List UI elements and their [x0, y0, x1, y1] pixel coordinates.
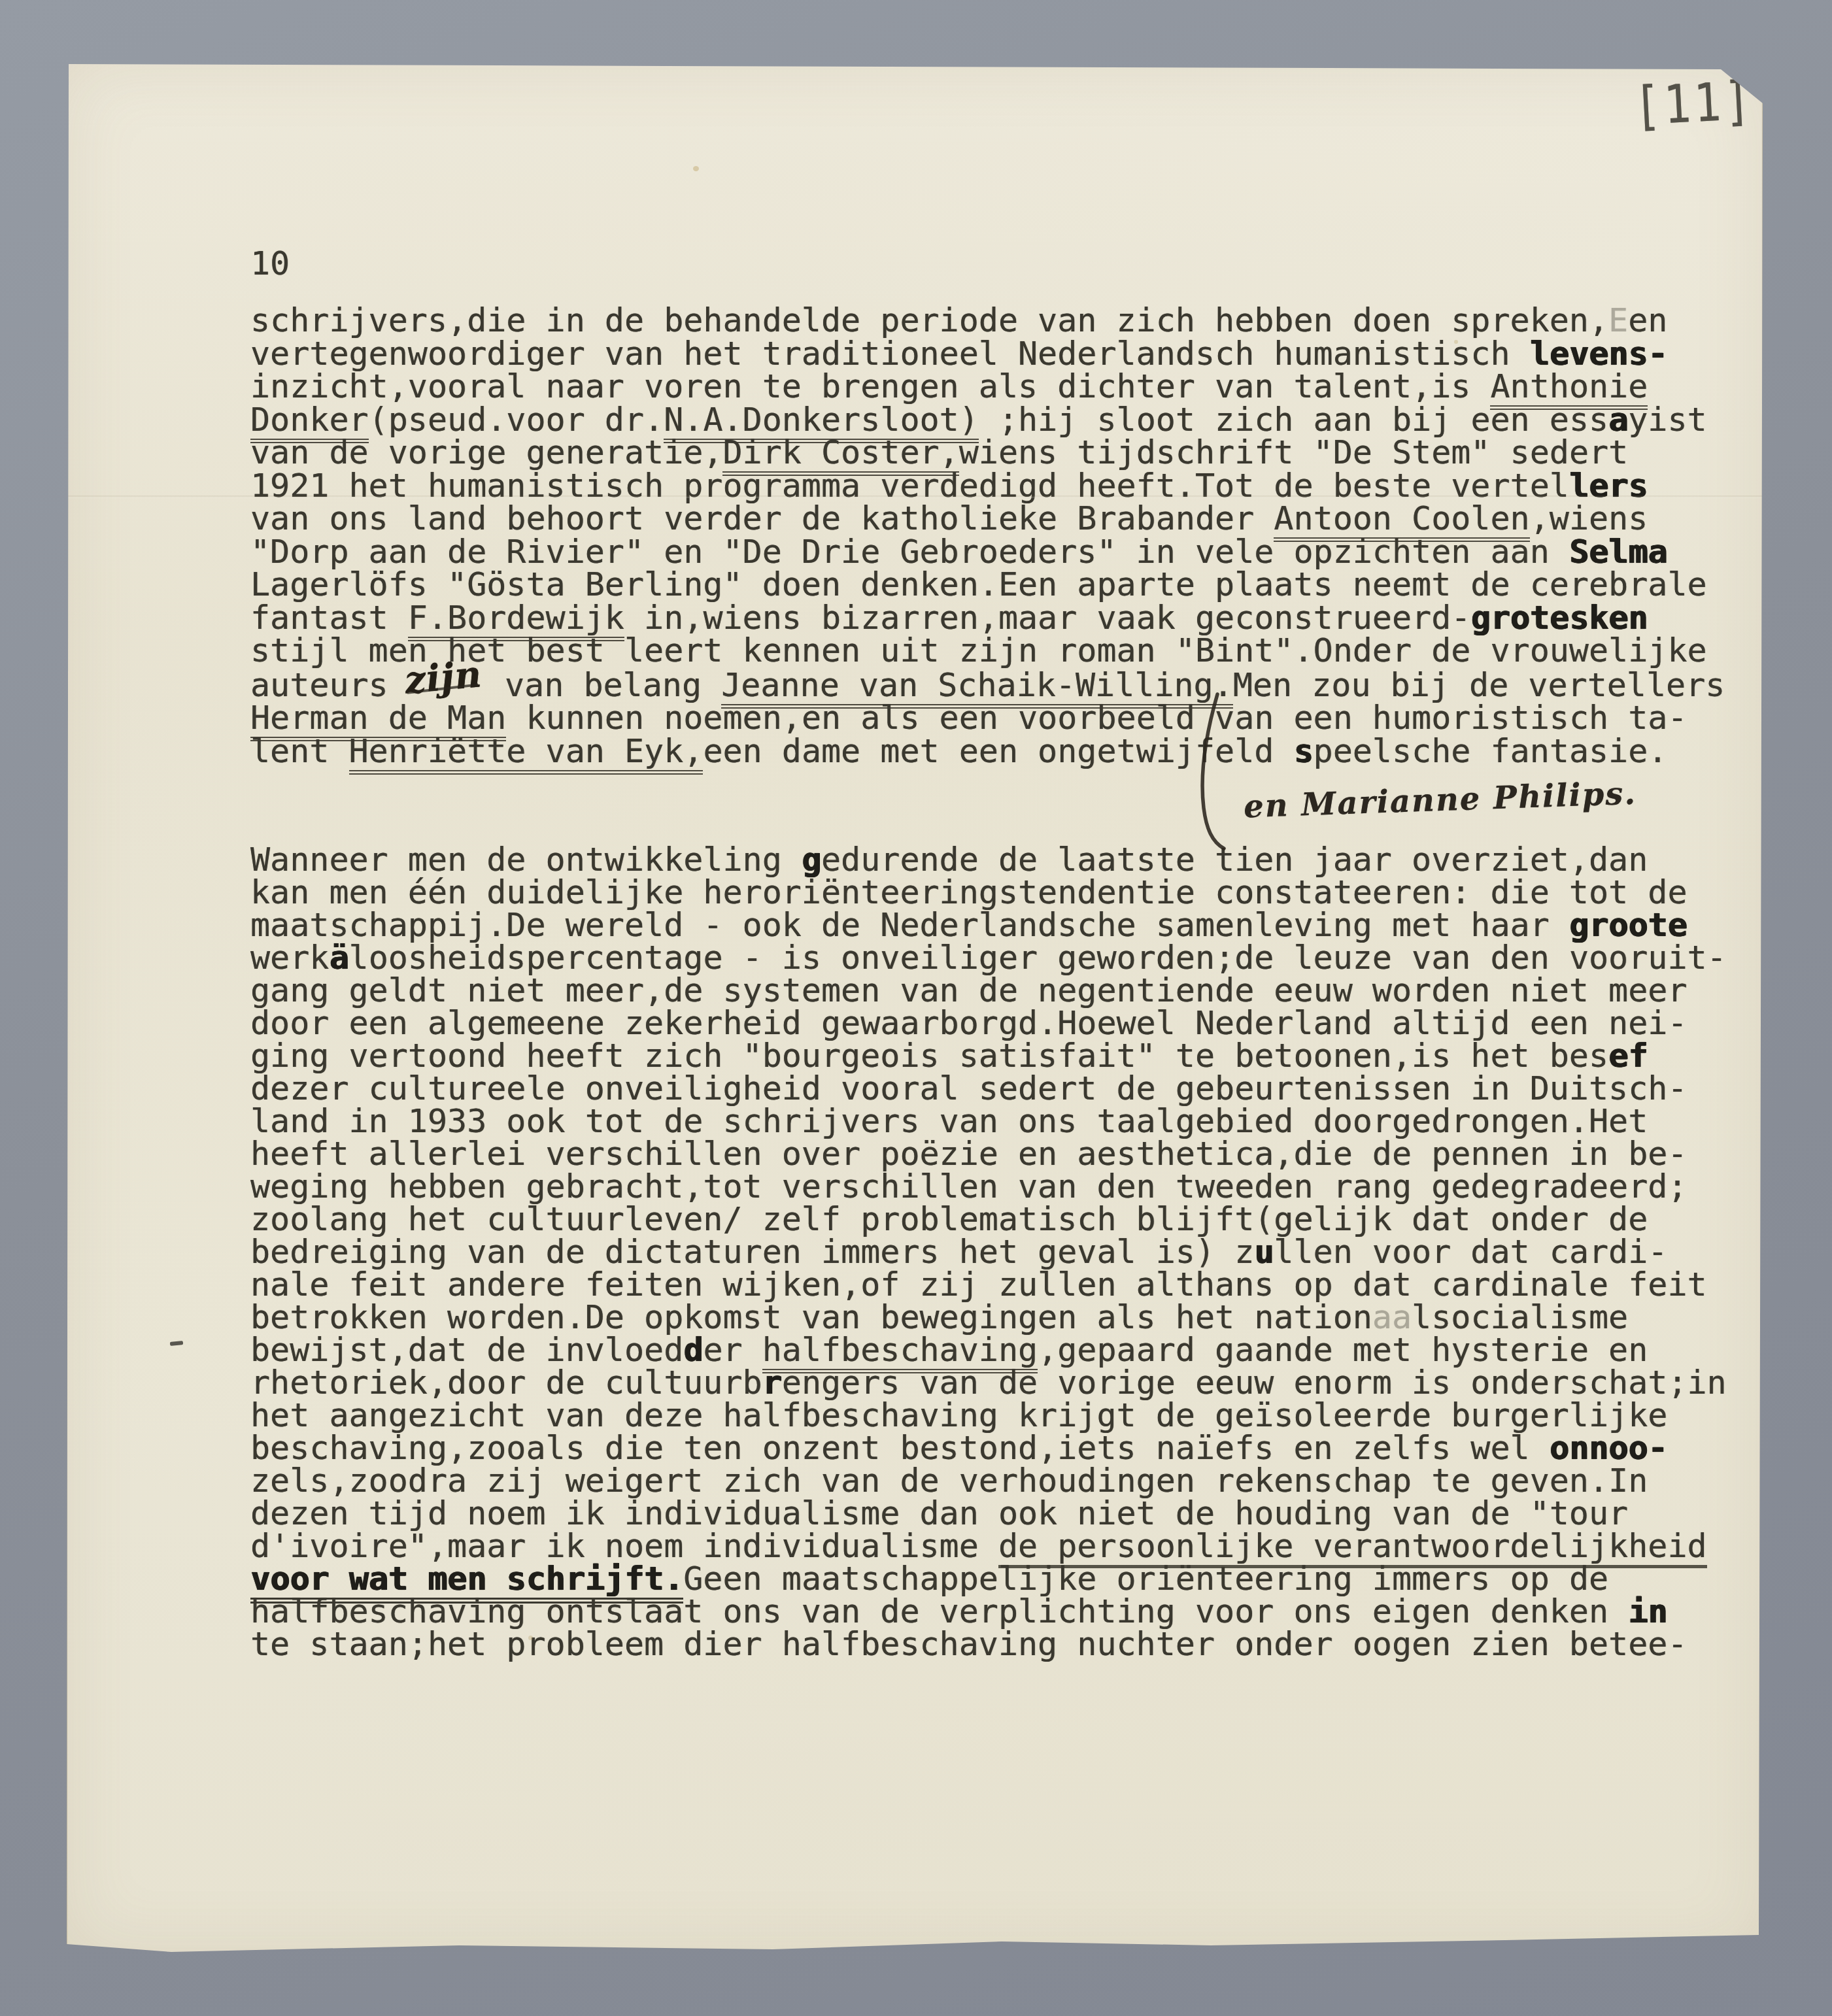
typed-line: te staan;het probleem dier halfbeschavin… — [250, 1628, 1727, 1660]
typed-line: Lagerlöfs "Gösta Berling" doen denken.Ee… — [250, 568, 1725, 601]
fold-crease — [67, 496, 1763, 498]
typed-line: voor wat men schrijft.Geen maatschappeli… — [250, 1562, 1727, 1595]
typed-line: beschaving,zooals die ten onzent bestond… — [250, 1432, 1727, 1464]
typed-line: halfbeschaving ontslaat ons van de verpl… — [250, 1595, 1727, 1628]
text-segment: inzicht,vooral naar voren te brengen als… — [250, 367, 1490, 405]
text-segment: Lagerlöfs "Gösta Berling" doen denken.Ee… — [250, 565, 1707, 603]
typed-line: weging hebben gebracht,tot verschillen v… — [250, 1170, 1727, 1203]
handwritten-annotation: en Marianne Philips. — [1243, 775, 1637, 826]
typed-line: Donker(pseud.voor dr.N.A.Donkersloot) ;h… — [250, 403, 1725, 437]
typed-line: maatschappij.De wereld - ook de Nederlan… — [250, 909, 1727, 941]
typed-line: rhetoriek,door de cultuurbrengers van de… — [250, 1366, 1727, 1399]
text-segment: schrijvers,die in de behandelde periode … — [250, 301, 1608, 339]
typed-line: van de vorige generatie,Dirk Coster,wien… — [250, 436, 1725, 469]
text-segment: "Dorp aan de Rivier" en "De Drie Gebroed… — [250, 533, 1569, 571]
typed-line: bedreiging van de dictaturen immers het … — [250, 1235, 1727, 1268]
text-segment: 1921 het humanistisch programma verdedig… — [250, 467, 1569, 505]
text-segment: levens- — [1530, 335, 1668, 373]
typed-line: ging vertoond heeft zich "bourgeois sati… — [250, 1039, 1727, 1072]
pencil-margin-mark — [170, 1341, 184, 1346]
handwritten-insertion: zijn — [403, 658, 483, 697]
text-segment: in,wiens bizarren,maar vaak geconstrueer… — [624, 599, 1470, 637]
typed-line: d'ivoire",maar ik noem individualisme de… — [250, 1530, 1727, 1562]
text-segment: een dame met een ongetwijfeld — [703, 732, 1293, 770]
typed-line: zels,zoodra zij weigert zich van de verh… — [250, 1464, 1727, 1497]
text-segment: fantast — [250, 599, 408, 637]
text-segment: Henriëtte van Eyk, — [349, 732, 704, 775]
paragraph-authors: schrijvers,die in de behandelde periode … — [250, 304, 1725, 767]
typed-line: Herman de Man kunnen noemen,en als een v… — [250, 701, 1725, 735]
text-segment: grotesken — [1470, 599, 1648, 637]
typed-line: land in 1933 ook tot de schrijvers van o… — [250, 1105, 1727, 1137]
scan-background: [11] 10 schrijvers,die in de behandelde … — [0, 0, 1832, 2016]
text-segment: lent — [250, 732, 349, 770]
typed-line: heeft allerlei verschillen over poëzie e… — [250, 1137, 1727, 1170]
text-segment: (pseud.voor dr. — [369, 401, 664, 439]
pencil-folio-number: [11] — [1632, 69, 1755, 137]
text-segment: s — [1293, 732, 1313, 770]
typed-line: gang geldt niet meer,de systemen van de … — [250, 974, 1727, 1007]
text-segment: te staan;het probleem dier halfbeschavin… — [250, 1625, 1688, 1663]
paper-stain — [1454, 340, 1458, 344]
text-segment: van ons land behoort verder de katholiek… — [250, 499, 1274, 537]
text-segment: peelsche fantasie. — [1314, 732, 1668, 770]
text-segment: Selma — [1569, 533, 1668, 571]
typed-line: inzicht,vooral naar voren te brengen als… — [250, 370, 1725, 403]
typed-line: betrokken worden.De opkomst van beweging… — [250, 1301, 1727, 1334]
text-segment: aa — [1372, 1298, 1412, 1336]
text-segment: a — [1608, 401, 1628, 439]
text-segment: lers — [1569, 467, 1648, 505]
text-segment: kunnen noemen,en als een voorbeeld van e… — [506, 699, 1687, 737]
text-segment: yist — [1628, 401, 1706, 439]
text-segment: E — [1608, 301, 1628, 339]
typed-line: dezer cultureele onveiligheid vooral sed… — [250, 1072, 1727, 1105]
typed-line: vertegenwoordiger van het traditioneel N… — [250, 337, 1725, 371]
text-segment: auteurs — [250, 666, 408, 704]
typed-line: auteurs zijn van belang Jeanne van Schai… — [250, 667, 1725, 702]
typed-line: van ons land behoort verder de katholiek… — [250, 502, 1725, 535]
typescript-page: [11] 10 schrijvers,die in de behandelde … — [67, 63, 1763, 1955]
text-segment: en — [1628, 301, 1667, 339]
typed-line: door een algemeene zekerheid gewaarborgd… — [250, 1007, 1727, 1039]
typed-line: dezen tijd noem ik individualisme dan oo… — [250, 1497, 1727, 1530]
text-segment: ;hij sloot zich aan bij een ess — [979, 401, 1608, 439]
paper-stain — [528, 1636, 533, 1640]
typed-line: werkäloosheidspercentage - is onveiliger… — [250, 941, 1727, 974]
paper-stain — [693, 166, 699, 171]
text-segment: van belang — [485, 666, 721, 704]
text-segment: Men zou bij de vertellers — [1233, 666, 1725, 704]
typed-line: lent Henriëtte van Eyk,een dame met een … — [250, 735, 1725, 768]
text-segment: wiens tijdschrift "De Stem" sedert — [959, 433, 1629, 471]
typed-line: zoolang het cultuurleven/ zelf problemat… — [250, 1203, 1727, 1235]
typed-line: schrijvers,die in de behandelde periode … — [250, 304, 1725, 337]
typed-line: fantast F.Bordewijk in,wiens bizarren,ma… — [250, 601, 1725, 635]
typed-line: Wanneer men de ontwikkeling gedurende de… — [250, 843, 1727, 876]
typed-line: kan men één duidelijke heroriënteeringst… — [250, 876, 1727, 909]
text-segment: vertegenwoordiger van het traditioneel N… — [250, 335, 1530, 373]
page-number: 10 — [250, 247, 290, 280]
typed-line: bewijst,dat de invloedder halfbeschaving… — [250, 1334, 1727, 1366]
typed-line: het aangezicht van deze halfbeschaving k… — [250, 1399, 1727, 1432]
typed-line: nale feit andere feiten wijken,of zij zu… — [250, 1268, 1727, 1301]
text-segment: van de vorige generatie, — [250, 433, 722, 471]
typed-line: "Dorp aan de Rivier" en "De Drie Gebroed… — [250, 535, 1725, 569]
text-segment: ,wiens — [1530, 499, 1648, 537]
paragraph-development: Wanneer men de ontwikkeling gedurende de… — [250, 843, 1727, 1660]
